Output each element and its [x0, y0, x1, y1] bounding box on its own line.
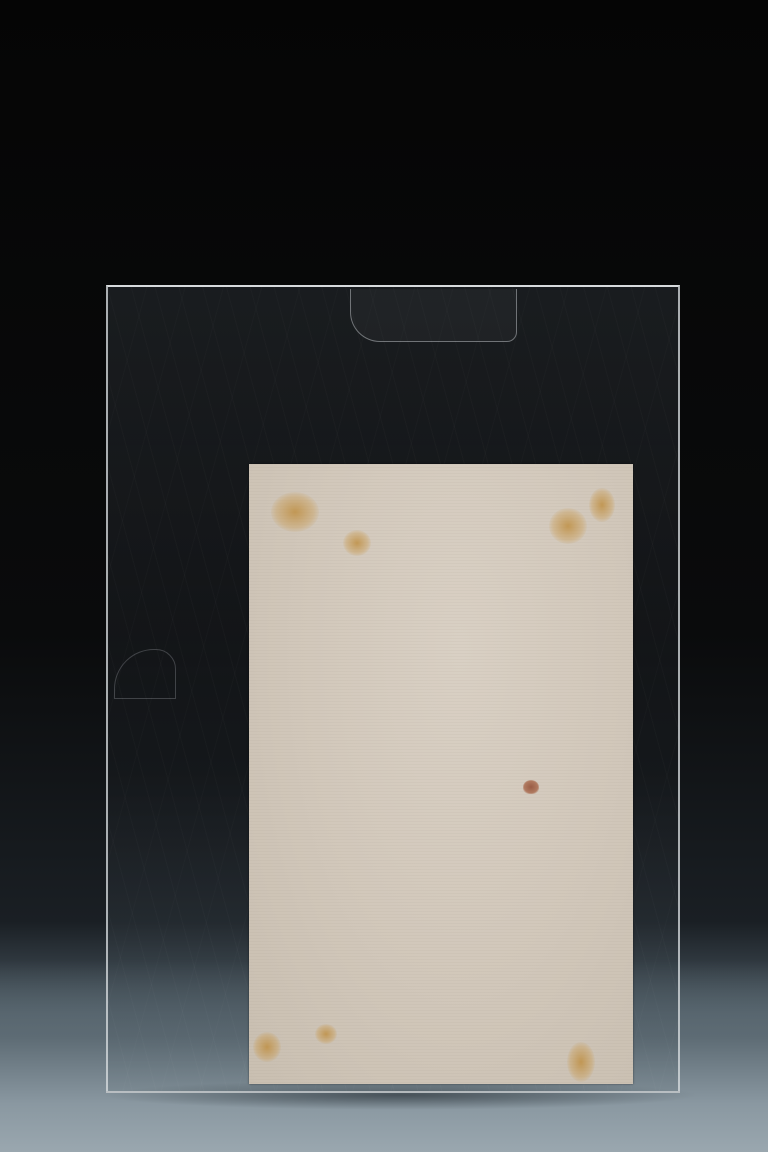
- paper-hole: [523, 780, 539, 794]
- paper-leaf: [249, 464, 633, 1084]
- stain: [315, 1024, 337, 1044]
- tape-top: [350, 289, 517, 342]
- stain: [271, 492, 319, 532]
- stain: [253, 1032, 281, 1062]
- stain: [589, 488, 615, 522]
- stain: [549, 508, 587, 544]
- stain: [567, 1042, 595, 1082]
- tape-left: [114, 649, 176, 699]
- stain: [343, 530, 371, 556]
